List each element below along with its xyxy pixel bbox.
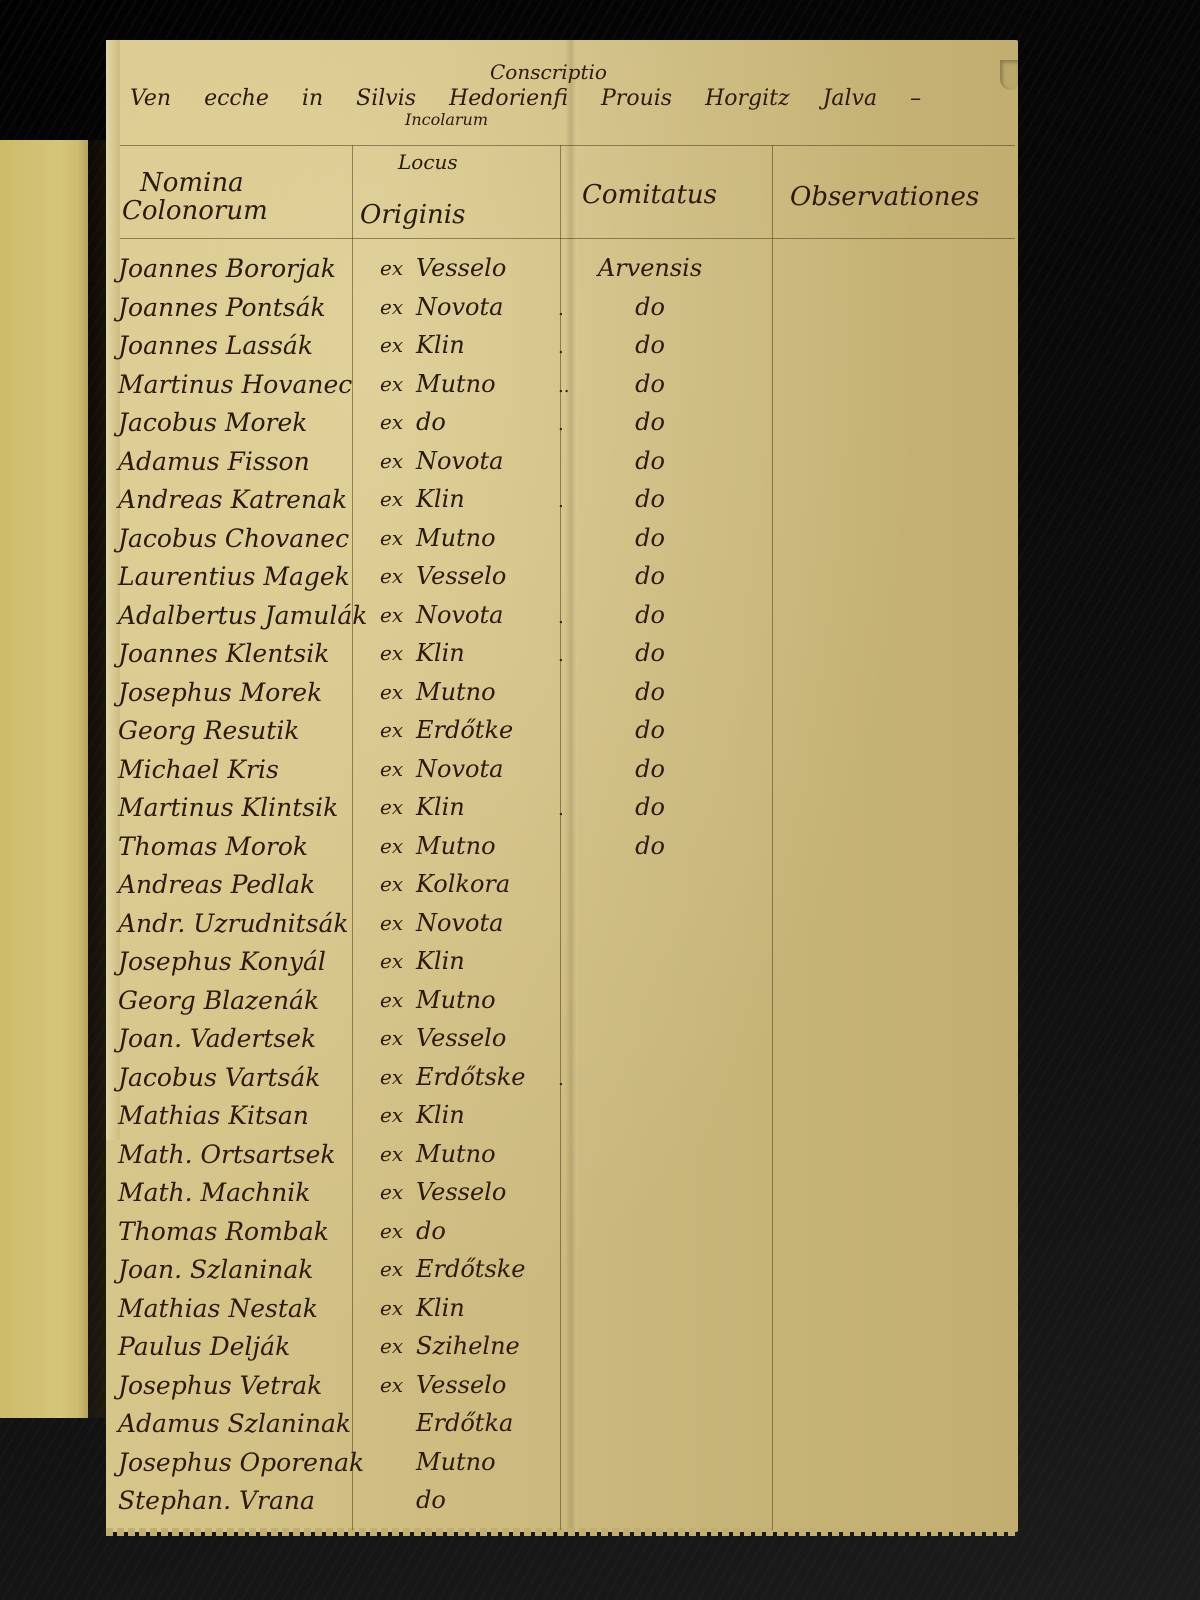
table-row: Josephus VetrakexVesselo [118, 1369, 568, 1408]
ex-prefix: ex [380, 911, 403, 935]
place-of-origin: Klin [416, 1294, 465, 1322]
ex-prefix: ex [380, 1026, 403, 1050]
ex-prefix: ex [380, 872, 403, 896]
colonist-name: Georg Resutik [118, 716, 299, 745]
leader-dot: . [558, 1069, 564, 1090]
leader-dot: . [558, 799, 564, 820]
colonist-name: Thomas Morok [118, 832, 308, 861]
heading-word: Ven [130, 86, 171, 111]
colonist-name: Georg Blazenák [118, 986, 319, 1015]
colonist-name: Joannes Pontsák [118, 293, 326, 322]
table-row: Jacobus Morekexdo. [118, 406, 568, 445]
ex-prefix: ex [380, 372, 403, 396]
table-row: Adalbertus JamulákexNovota. [118, 599, 568, 638]
heading-word: Prouis [601, 86, 672, 111]
place-of-origin: Novota [416, 909, 503, 937]
torn-bottom-edge [106, 1528, 1018, 1536]
table-row: Georg ResutikexErdőtke [118, 714, 568, 753]
colonist-name: Mathias Kitsan [118, 1101, 309, 1130]
table-row: Stephan. Vranado [118, 1484, 568, 1523]
table-row: Andr. UzrudnitsákexNovota [118, 907, 568, 946]
leader-dot: . [558, 607, 564, 628]
place-of-origin: Novota [416, 601, 503, 629]
place-of-origin: Szihelne [416, 1332, 520, 1360]
ex-prefix: ex [380, 487, 403, 511]
table-row: Math. OrtsartsekexMutno [118, 1138, 568, 1177]
ex-prefix: ex [380, 1219, 403, 1243]
colonist-name: Adamus Szlaninak [118, 1409, 351, 1438]
column-header-county: Comitatus [582, 180, 717, 210]
table-row: Joannes LassákexKlin. [118, 329, 568, 368]
table-row: Josephus MorekexMutno [118, 676, 568, 715]
county-entry: do [590, 408, 710, 436]
ex-prefix: ex [380, 1103, 403, 1127]
ex-prefix: ex [380, 1373, 403, 1397]
colonist-name: Jacobus Chovanec [118, 524, 349, 553]
county-entry: do [590, 331, 710, 359]
table-row: Georg BlazenákexMutno [118, 984, 568, 1023]
colonist-name: Jacobus Morek [118, 408, 307, 437]
heading-word: Silvis [356, 86, 416, 111]
column-header-origin-line1: Locus [398, 150, 458, 174]
place-of-origin: Mutno [416, 524, 496, 552]
leader-dot: . [558, 299, 564, 320]
table-row: Martinus KlintsikexKlin. [118, 791, 568, 830]
heading-word: ecche [204, 86, 269, 111]
ex-prefix: ex [380, 1065, 403, 1089]
table-row: Martinus HovanecexMutno.. [118, 368, 568, 407]
county-entry: do [590, 639, 710, 667]
county-entry: do [590, 293, 710, 321]
place-of-origin: Klin [416, 1101, 465, 1129]
place-of-origin: Kolkora [416, 870, 510, 898]
place-of-origin: do [416, 1217, 446, 1245]
colonist-name: Adamus Fisson [118, 447, 310, 476]
county-entry: do [590, 562, 710, 590]
ex-prefix: ex [380, 564, 403, 588]
colonist-name: Josephus Konyál [118, 947, 326, 976]
colonist-name: Stephan. Vrana [118, 1486, 315, 1515]
table-row: Adamus FissonexNovota [118, 445, 568, 484]
place-of-origin: Erdőtka [416, 1409, 513, 1437]
colonist-name: Joan. Vadertsek [118, 1024, 316, 1053]
county-entry: do [590, 793, 710, 821]
place-of-origin: Vesselo [416, 1178, 506, 1206]
colonist-name: Joannes Klentsik [118, 639, 329, 668]
heading-superscript: Conscriptio [490, 60, 607, 84]
county-entry: do [590, 370, 710, 398]
county-entry: do [590, 447, 710, 475]
ex-prefix: ex [380, 1142, 403, 1166]
table-row: Joannes KlentsikexKlin. [118, 637, 568, 676]
colonist-name: Joannes Lassák [118, 331, 313, 360]
table-row: Mathias NestakexKlin [118, 1292, 568, 1331]
ex-prefix: ex [380, 333, 403, 357]
table-row: Jacobus VartsákexErdőtske. [118, 1061, 568, 1100]
colonist-name: Andr. Uzrudnitsák [118, 909, 349, 938]
county-entry: do [590, 601, 710, 629]
place-of-origin: Mutno [416, 832, 496, 860]
ex-prefix: ex [380, 988, 403, 1012]
ex-prefix: ex [380, 757, 403, 781]
colonist-name: Michael Kris [118, 755, 279, 784]
place-of-origin: Erdőtske [416, 1255, 526, 1283]
leader-dot: . [558, 414, 564, 435]
place-of-origin: Mutno [416, 678, 496, 706]
place-of-origin: Novota [416, 293, 503, 321]
colonist-name: Jacobus Vartsák [118, 1063, 320, 1092]
table-row: Laurentius MagekexVesselo [118, 560, 568, 599]
colonist-name: Joannes Bororjak [118, 254, 336, 283]
place-of-origin: Mutno [416, 1448, 496, 1476]
colonist-name: Mathias Nestak [118, 1294, 318, 1323]
table-row: Math. MachnikexVesselo [118, 1176, 568, 1215]
place-of-origin: Novota [416, 755, 503, 783]
ex-prefix: ex [380, 1257, 403, 1281]
torn-corner [1000, 60, 1018, 90]
ex-prefix: ex [380, 526, 403, 550]
column-header-observations: Observationes [790, 182, 979, 212]
heading-subscript: Incolarum [405, 110, 488, 129]
table-row: Joan. SzlaninakexErdőtske [118, 1253, 568, 1292]
colonist-name: Josephus Vetrak [118, 1371, 322, 1400]
heading-word: Jalva [823, 86, 878, 111]
place-of-origin: Klin [416, 639, 465, 667]
heading-word: Hedorienfi [449, 86, 568, 111]
ex-prefix: ex [380, 680, 403, 704]
table-row: Josephus KonyálexKlin [118, 945, 568, 984]
adjacent-page [0, 140, 88, 1418]
place-of-origin: Mutno [416, 370, 496, 398]
table-row: Josephus OporenakMutno [118, 1446, 568, 1485]
table-row: Michael KrisexNovota [118, 753, 568, 792]
column-header-name-line2: Colonorum [122, 196, 268, 226]
county-entry: do [590, 832, 710, 860]
ex-prefix: ex [380, 603, 403, 627]
colonist-name: Andreas Pedlak [118, 870, 315, 899]
colonist-name: Laurentius Magek [118, 562, 350, 591]
table-row: Joannes BororjakexVesselo [118, 252, 568, 291]
colonist-name: Josephus Oporenak [118, 1448, 364, 1477]
ex-prefix: ex [380, 949, 403, 973]
colonist-name: Josephus Morek [118, 678, 322, 707]
colonist-name: Martinus Hovanec [118, 370, 352, 399]
table-row: Andreas PedlakexKolkora [118, 868, 568, 907]
header-top-rule [120, 145, 1015, 146]
table-row: Thomas Rombakexdo [118, 1215, 568, 1254]
place-of-origin: Klin [416, 793, 465, 821]
table-row: Joannes PontsákexNovota. [118, 291, 568, 330]
place-of-origin: Klin [416, 331, 465, 359]
leader-dot: . [558, 491, 564, 512]
county-entry: do [590, 716, 710, 744]
county-entry: do [590, 485, 710, 513]
heading-word: in [302, 86, 323, 111]
leader-dot: . [558, 645, 564, 666]
colonist-name: Paulus Delják [118, 1332, 290, 1361]
county-entry: do [590, 755, 710, 783]
ex-prefix: ex [380, 1180, 403, 1204]
table-row: Jacobus ChovanecexMutno [118, 522, 568, 561]
ex-prefix: ex [380, 449, 403, 473]
table-row: Andreas KatrenakexKlin. [118, 483, 568, 522]
colonist-name: Joan. Szlaninak [118, 1255, 313, 1284]
table-row: Thomas MorokexMutno [118, 830, 568, 869]
colonist-list: Joannes BororjakexVesseloJoannes Pontsák… [118, 252, 568, 1523]
place-of-origin: Erdőtske [416, 1063, 526, 1091]
place-of-origin: Klin [416, 947, 465, 975]
ex-prefix: ex [380, 256, 403, 280]
leader-dot: .. [558, 376, 569, 397]
county-entry: do [590, 524, 710, 552]
ex-prefix: ex [380, 1334, 403, 1358]
table-row: Joan. VadertsekexVesselo [118, 1022, 568, 1061]
place-of-origin: Erdőtke [416, 716, 513, 744]
place-of-origin: do [416, 408, 446, 436]
heading-word: Horgitz [705, 86, 790, 111]
table-row: Paulus DeljákexSzihelne [118, 1330, 568, 1369]
ex-prefix: ex [380, 1296, 403, 1320]
county-entry: Arvensis [590, 254, 710, 282]
place-of-origin: Klin [416, 485, 465, 513]
county-entry: do [590, 678, 710, 706]
place-of-origin: Vesselo [416, 1024, 506, 1052]
place-of-origin: Mutno [416, 1140, 496, 1168]
colonist-name: Adalbertus Jamulák [118, 601, 367, 630]
colonist-name: Math. Ortsartsek [118, 1140, 336, 1169]
place-of-origin: Vesselo [416, 254, 506, 282]
place-of-origin: do [416, 1486, 446, 1514]
column-header-name-line1: Nomina [140, 168, 244, 198]
column-header-origin-line2: Originis [360, 200, 465, 230]
place-of-origin: Vesselo [416, 1371, 506, 1399]
place-of-origin: Vesselo [416, 562, 506, 590]
heading-word: – [910, 86, 921, 111]
place-of-origin: Mutno [416, 986, 496, 1014]
ex-prefix: ex [380, 834, 403, 858]
colonist-name: Thomas Rombak [118, 1217, 329, 1246]
ex-prefix: ex [380, 718, 403, 742]
colonist-name: Math. Machnik [118, 1178, 310, 1207]
leader-dot: . [558, 337, 564, 358]
table-row: Mathias KitsanexKlin [118, 1099, 568, 1138]
heading-line: Ven ecche in Silvis Hedorienfi Prouis Ho… [130, 86, 921, 111]
place-of-origin: Novota [416, 447, 503, 475]
ex-prefix: ex [380, 410, 403, 434]
table-row: Adamus SzlaninakErdőtka [118, 1407, 568, 1446]
page-shadow [78, 140, 108, 1418]
header-bottom-rule [120, 238, 1015, 239]
ex-prefix: ex [380, 641, 403, 665]
colonist-name: Martinus Klintsik [118, 793, 338, 822]
ex-prefix: ex [380, 795, 403, 819]
ex-prefix: ex [380, 295, 403, 319]
colonist-name: Andreas Katrenak [118, 485, 347, 514]
column-rule-county [772, 145, 773, 1530]
